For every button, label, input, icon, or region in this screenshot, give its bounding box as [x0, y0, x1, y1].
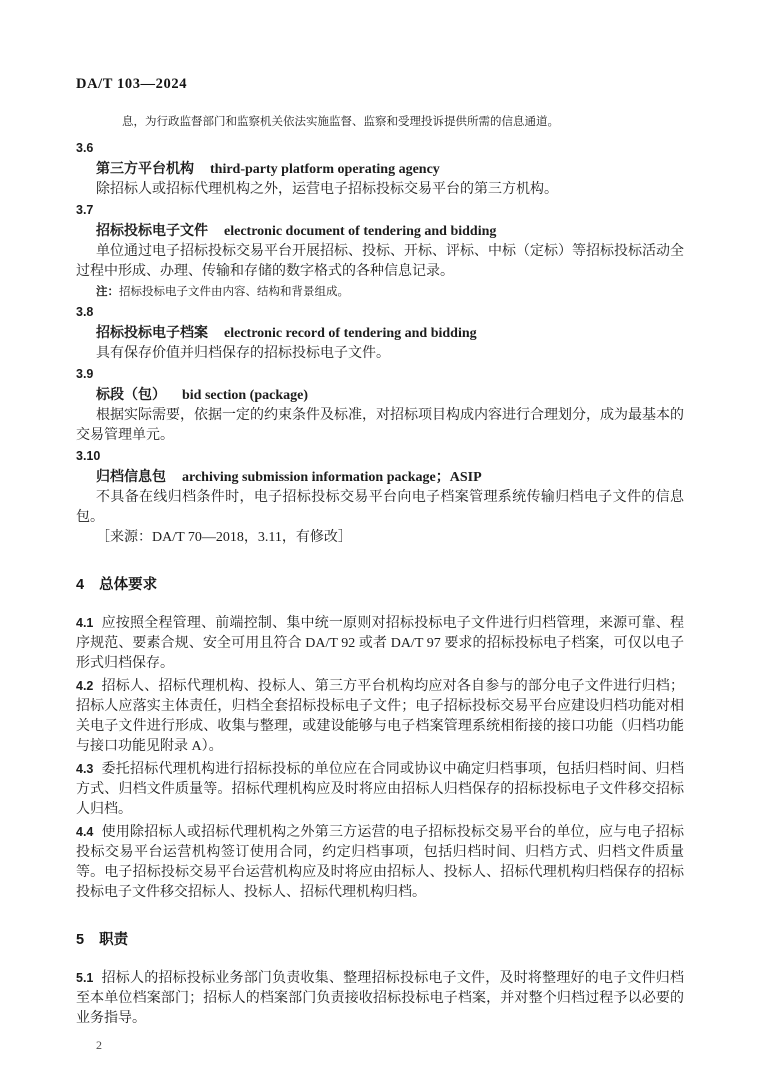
- term-source-reference: ［来源：DA/T 70—2018，3.11，有修改］: [76, 528, 684, 548]
- clause-4-3: 4.3委托招标代理机构进行招标投标的单位应在合同或协议中确定归档事项，包括归档时…: [76, 759, 684, 820]
- term-name-en: bid section (package): [182, 388, 308, 403]
- term-note: 注：招标投标电子文件由内容、结构和背景组成。: [76, 282, 684, 302]
- term-block-3-9: 3.9 标段（包）bid section (package) 根据实际需要，依据…: [76, 364, 684, 446]
- page-content: 息，为行政监督部门和监察机关依法实施监督、监察和受理投诉提供所需的信息通道。 3…: [76, 113, 684, 1054]
- section-number: 4: [76, 577, 84, 593]
- term-number: 3.8: [76, 302, 684, 322]
- clause-text: 使用除招标人或招标代理机构之外第三方运营的电子招标投标交易平台的单位，应与电子招…: [76, 825, 684, 900]
- term-name-en: electronic document of tendering and bid…: [224, 224, 496, 239]
- term-number: 3.10: [76, 446, 684, 466]
- section-heading-4: 4总体要求: [76, 575, 684, 595]
- clause-4-1: 4.1应按照全程管理、前端控制、集中统一原则对招标投标电子文件进行归档管理，来源…: [76, 613, 684, 674]
- section-title: 总体要求: [99, 577, 157, 593]
- clause-4-2: 4.2招标人、招标代理机构、投标人、第三方平台机构均应对各自参与的部分电子文件进…: [76, 676, 684, 757]
- clause-text: 招标人、招标代理机构、投标人、第三方平台机构均应对各自参与的部分电子文件进行归档…: [76, 679, 684, 754]
- clause-4-4: 4.4使用除招标人或招标代理机构之外第三方运营的电子招标投标交易平台的单位，应与…: [76, 822, 684, 903]
- term-name-en: archiving submission information package…: [182, 470, 482, 485]
- term-number: 3.6: [76, 138, 684, 158]
- term-title: 归档信息包archiving submission information pa…: [76, 466, 684, 488]
- section-heading-5: 5职责: [76, 930, 684, 950]
- clause-number: 4.3: [76, 762, 93, 776]
- term-title: 第三方平台机构third-party platform operating ag…: [76, 158, 684, 180]
- clause-text: 应按照全程管理、前端控制、集中统一原则对招标投标电子文件进行归档管理，来源可靠、…: [76, 616, 684, 671]
- clause-number: 5.1: [76, 971, 93, 985]
- term-name-zh: 招标投标电子文件: [96, 222, 208, 238]
- term-title: 标段（包）bid section (package): [76, 384, 684, 406]
- term-title: 招标投标电子文件electronic document of tendering…: [76, 220, 684, 242]
- clause-number: 4.4: [76, 825, 93, 839]
- term-block-3-7: 3.7 招标投标电子文件electronic document of tende…: [76, 200, 684, 302]
- term-number: 3.7: [76, 200, 684, 220]
- term-name-zh: 标段（包）: [96, 386, 166, 402]
- note-continuation-line: 息，为行政监督部门和监察机关依法实施监督、监察和受理投诉提供所需的信息通道。: [76, 113, 684, 131]
- section-title: 职责: [99, 932, 128, 948]
- section-number: 5: [76, 932, 84, 948]
- term-name-en: electronic record of tendering and biddi…: [224, 326, 477, 341]
- clause-text: 招标人的招标投标业务部门负责收集、整理招标投标电子文件，及时将整理好的电子文件归…: [76, 971, 684, 1026]
- term-number: 3.9: [76, 364, 684, 384]
- term-block-3-10: 3.10 归档信息包archiving submission informati…: [76, 446, 684, 548]
- term-block-3-6: 3.6 第三方平台机构third-party platform operatin…: [76, 138, 684, 200]
- term-definition: 不具备在线归档条件时，电子招标投标交易平台向电子档案管理系统传输归档电子文件的信…: [76, 488, 684, 528]
- note-label: 注：: [96, 286, 119, 298]
- term-title: 招标投标电子档案electronic record of tendering a…: [76, 322, 684, 344]
- term-name-zh: 招标投标电子档案: [96, 324, 208, 340]
- term-definition: 除招标人或招标代理机构之外，运营电子招标投标交易平台的第三方机构。: [76, 180, 684, 200]
- note-text: 招标投标电子文件由内容、结构和背景组成。: [119, 286, 349, 298]
- clause-number: 4.2: [76, 679, 93, 693]
- clause-number: 4.1: [76, 616, 93, 630]
- clause-5-1: 5.1招标人的招标投标业务部门负责收集、整理招标投标电子文件，及时将整理好的电子…: [76, 968, 684, 1029]
- document-page: DA/T 103—2024 息，为行政监督部门和监察机关依法实施监督、监察和受理…: [0, 0, 761, 1078]
- term-name-en: third-party platform operating agency: [210, 162, 440, 177]
- term-name-zh: 归档信息包: [96, 468, 166, 484]
- term-block-3-8: 3.8 招标投标电子档案electronic record of tenderi…: [76, 302, 684, 364]
- term-definition: 单位通过电子招标投标交易平台开展招标、投标、开标、评标、中标（定标）等招标投标活…: [76, 242, 684, 282]
- clause-text: 委托招标代理机构进行招标投标的单位应在合同或协议中确定归档事项，包括归档时间、归…: [76, 762, 684, 817]
- term-definition: 根据实际需要，依据一定的约束条件及标准，对招标项目构成内容进行合理划分，成为最基…: [76, 406, 684, 446]
- term-definition: 具有保存价值并归档保存的招标投标电子文件。: [76, 344, 684, 364]
- standard-number-header: DA/T 103—2024: [76, 76, 684, 93]
- term-name-zh: 第三方平台机构: [96, 160, 194, 176]
- page-number: 2: [76, 1036, 684, 1054]
